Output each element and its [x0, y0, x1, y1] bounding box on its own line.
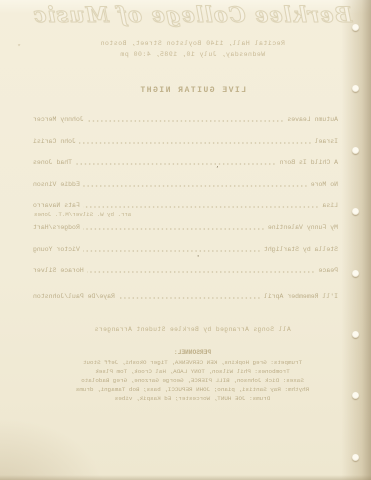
song-title: Lisa — [322, 202, 338, 209]
concert-title: LIVE GUITAR NIGHT — [14, 86, 371, 95]
berklee-logo: Berklee College of Music — [14, 2, 371, 27]
dotted-leader — [79, 142, 312, 144]
program-row: A Child Is BornThad Jones — [33, 159, 338, 181]
program-row: I'll Remember AprilRaye/De Paul/Johnston — [33, 293, 338, 315]
dotted-leader — [83, 250, 261, 252]
ink-speck: ' — [196, 257, 200, 261]
personnel-line: Saxes: Dick Johnson, BILL PIERCE, George… — [54, 376, 331, 385]
personnel-line: Drums: JOE HUNT, Worcester; Ed Kaspik, v… — [54, 394, 331, 403]
bleed-through-content: Berklee College of Music Recital Hall, 1… — [0, 0, 371, 480]
composer-credit: Rodgers/Hart — [33, 224, 80, 231]
dotted-leader — [75, 163, 276, 165]
program-row: Autumn LeavesJohnny Mercer — [33, 116, 338, 138]
venue-line: Recital Hall, 1140 Boylston Street, Bost… — [14, 40, 371, 47]
program-row: My Funny ValentineRodgers/Hart — [33, 224, 338, 246]
dotted-leader — [83, 185, 308, 187]
binding-hole — [352, 331, 359, 338]
personnel-line: Trombones: Phil Wilson, TONY LADA, Hal C… — [54, 367, 331, 376]
personnel-line: Rhythm: Ray Santisi, piano; JOHN REPUCCI… — [54, 385, 331, 394]
composer-credit: Fats Navarro — [33, 202, 80, 209]
composer-credit: Horace Silver — [33, 267, 84, 274]
song-title: Autumn Leaves — [287, 116, 338, 123]
dotted-leader — [83, 206, 320, 208]
binding-hole — [352, 270, 359, 277]
scanned-program-page: { "page": { "background": "#f2ecd8", "ed… — [0, 0, 371, 480]
date-line: Wednesday, July 10, 1985, 4:00 pm — [14, 51, 371, 58]
program-row: IsraelJohn Carisi — [33, 138, 338, 160]
binding-hole — [352, 24, 359, 31]
personnel-line: Trumpets: Greg Hopkins, KEN CERVENKA, Ti… — [54, 358, 331, 367]
personnel-heading: PERSONNEL: — [14, 349, 371, 356]
song-title: My Funny Valentine — [268, 224, 338, 231]
song-title: Israel — [315, 138, 338, 145]
margin-mark: * — [17, 44, 21, 52]
ink-speck: , — [216, 164, 220, 168]
composer-credit: Thad Jones — [33, 159, 72, 166]
program-row: No MoreEddie Vinson — [33, 181, 338, 203]
dotted-leader — [83, 228, 265, 230]
composer-credit: John Carisi — [33, 138, 76, 145]
program-list: Autumn LeavesJohnny MercerIsraelJohn Car… — [33, 116, 338, 314]
arranger-note: arr. by W. Silver/M.T. Jones — [34, 211, 131, 218]
composer-credit: Victor Young — [33, 246, 80, 253]
song-title: A Child Is Born — [279, 159, 338, 166]
song-title: Peace — [318, 267, 338, 274]
program-row: Stella by StarlightVictor Young — [33, 246, 338, 268]
personnel-list: Trumpets: Greg Hopkins, KEN CERVENKA, Ti… — [54, 358, 331, 403]
composer-credit: Johnny Mercer — [33, 116, 84, 123]
song-title: Stella by Starlight — [264, 246, 338, 253]
song-title: I'll Remember April — [264, 293, 338, 300]
program-row: PeaceHorace Silver — [33, 267, 338, 289]
program-row: LisaFats Navarroarr. by W. Silver/M.T. J… — [33, 202, 338, 224]
binding-hole — [352, 454, 359, 461]
dotted-leader — [118, 297, 261, 299]
composer-credit: Eddie Vinson — [33, 181, 80, 188]
dotted-leader — [87, 271, 316, 273]
binding-hole — [352, 147, 359, 154]
arranger-footnote: All Songs Arranged by Berklee Student Ar… — [14, 326, 371, 333]
dotted-leader — [87, 120, 285, 122]
song-title: No More — [311, 181, 338, 188]
composer-credit: Raye/De Paul/Johnston — [33, 293, 115, 300]
